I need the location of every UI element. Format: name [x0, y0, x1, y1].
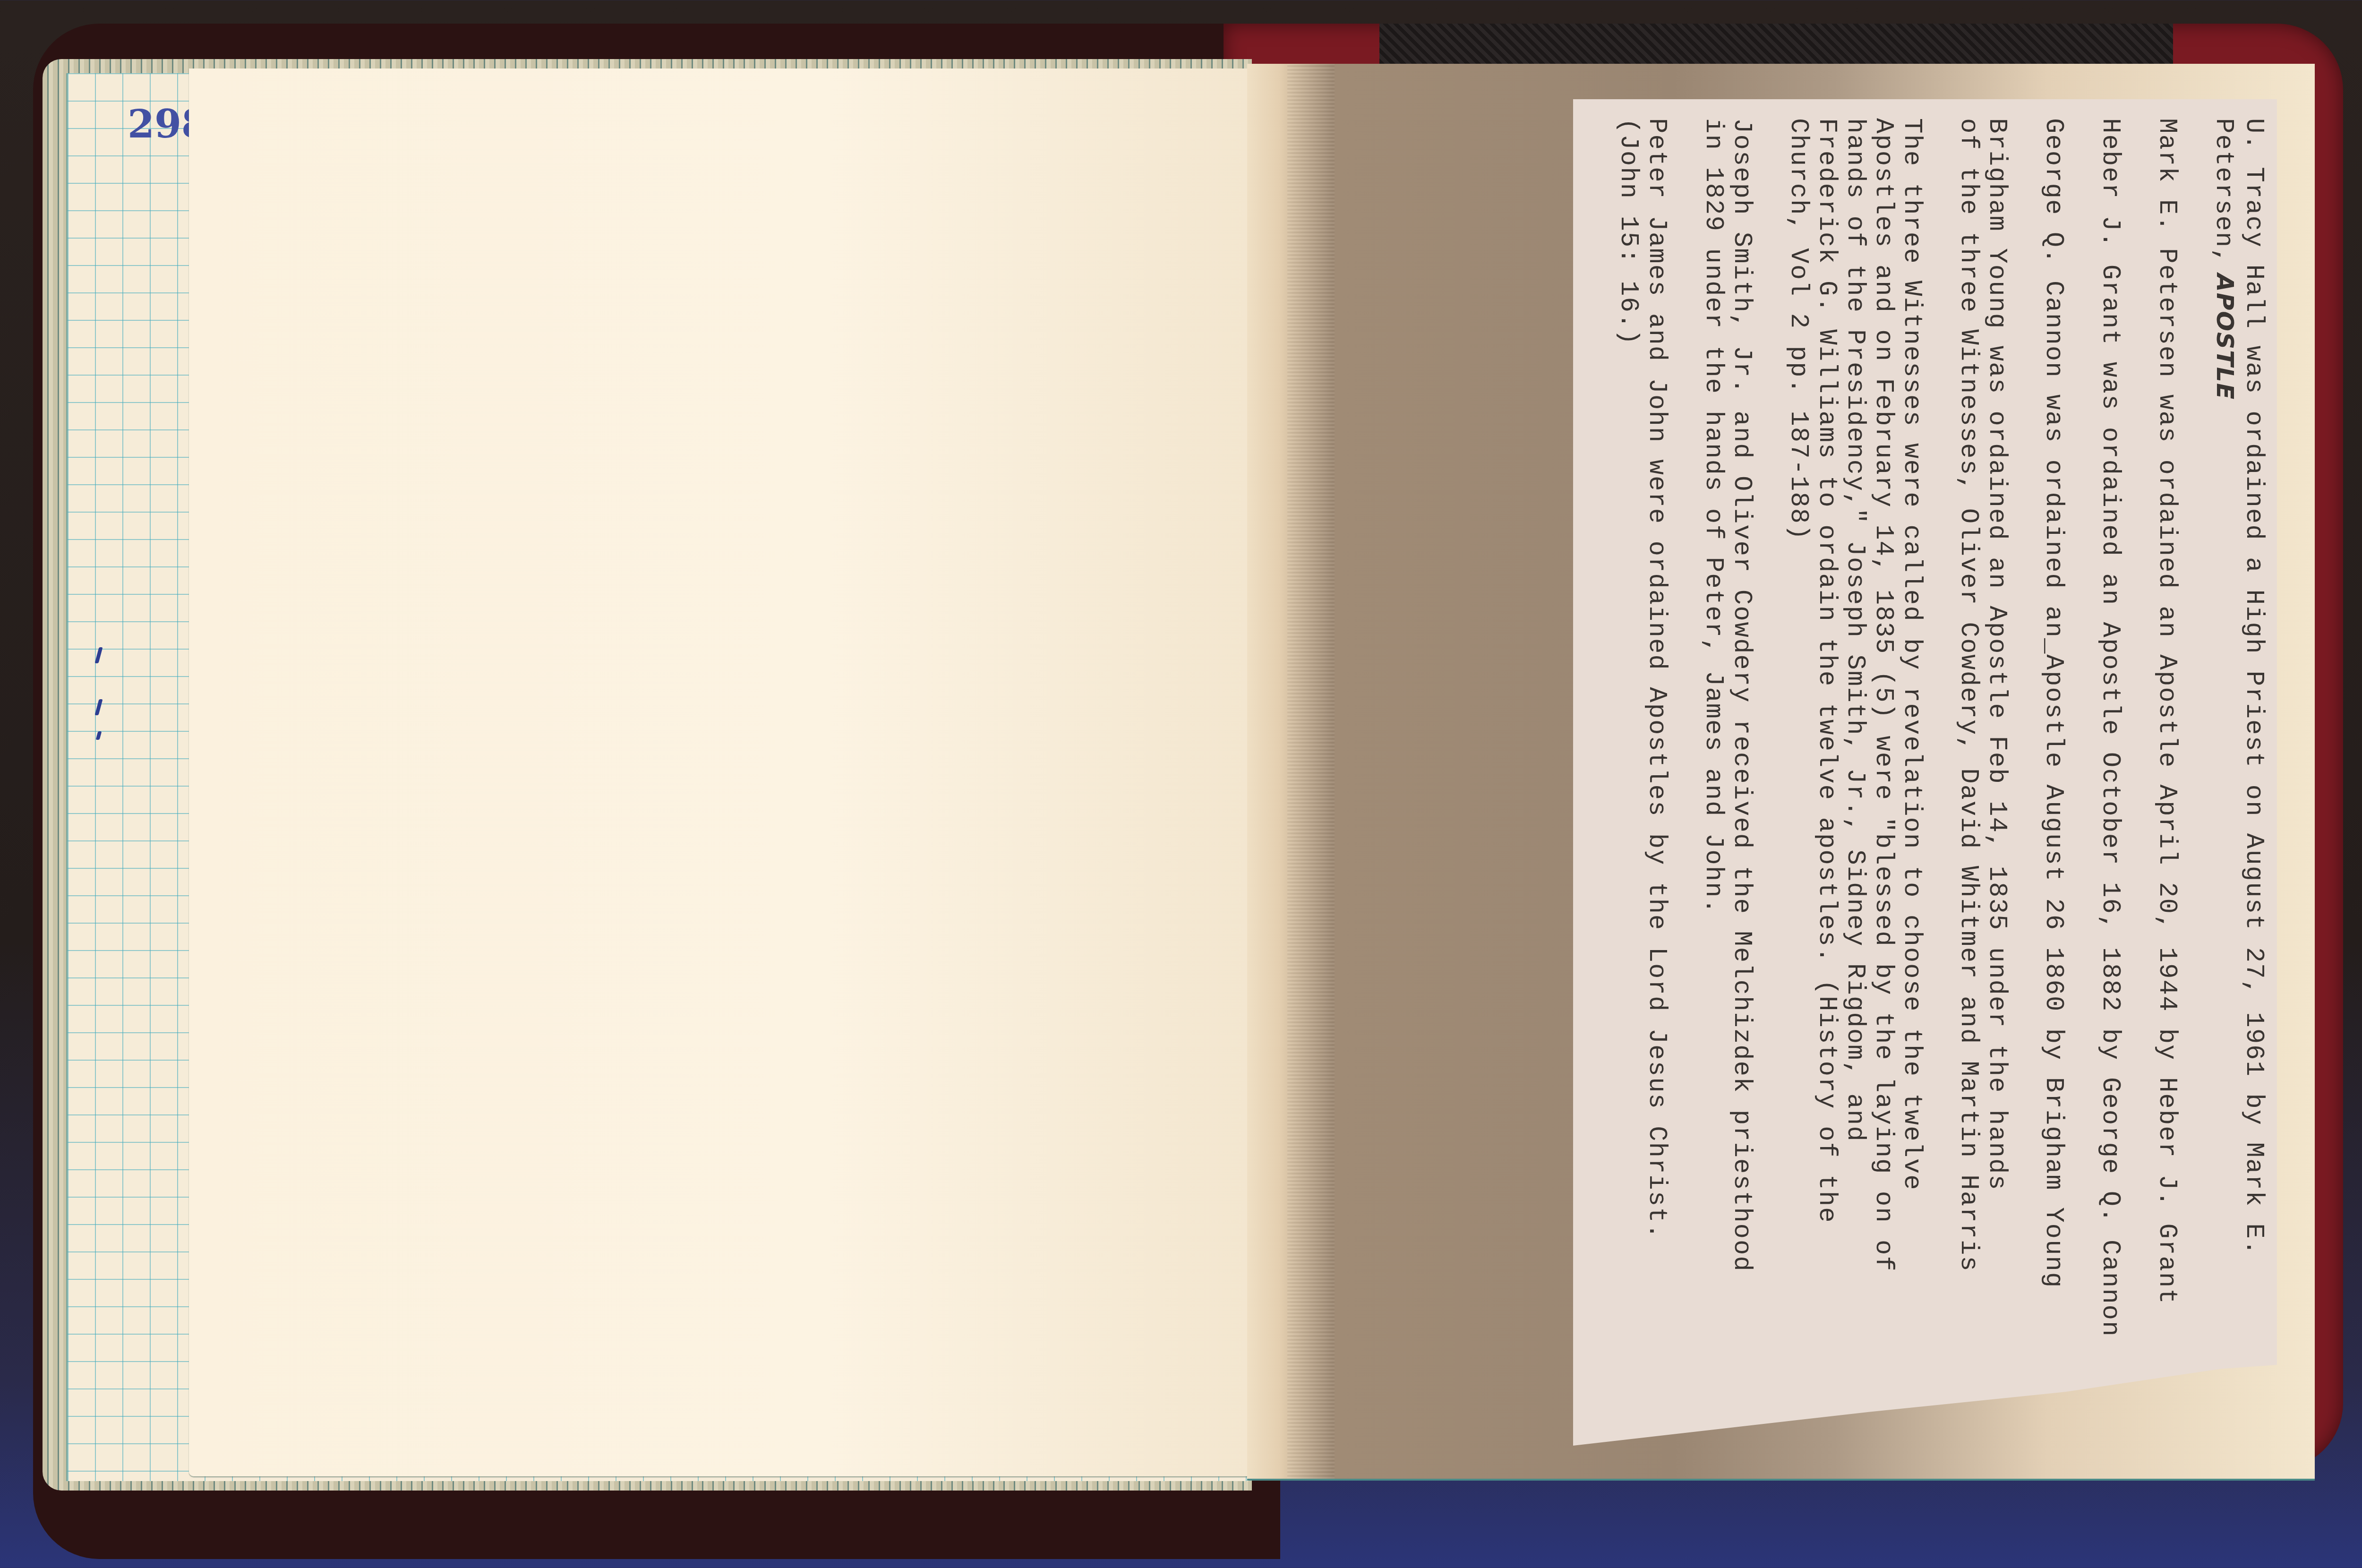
slip-paragraph: Peter James and John were ordained Apost…	[1614, 118, 1670, 1441]
slip-paragraph: Brigham Young was ordained an Apostle Fe…	[1954, 118, 2011, 1441]
gutter-binding-tape	[1287, 64, 1335, 1479]
slip-line: U. Tracy Hall was ordained a High Priest…	[2239, 118, 2268, 1441]
slip-paragraph: Mark E. Petersen was ordained an Apostle…	[2152, 118, 2181, 1441]
slip-line: Frederick G. Williams to ordain the twel…	[1812, 118, 1840, 1441]
blank-insert-sheet	[189, 69, 1249, 1476]
slip-line: Apostles and on February 14, 1835 (5) we…	[1869, 118, 1897, 1441]
slip-paragraph: Joseph Smith, Jr. and Oliver Cowdery rec…	[1699, 118, 1755, 1441]
slip-line: in 1829 under the hands of Peter, James …	[1699, 118, 1727, 1441]
slip-line: (John 15: 16.)	[1614, 118, 1642, 1441]
slip-paragraph: The three Witnesses were called by revel…	[1784, 118, 1926, 1441]
slip-line: Brigham Young was ordained an Apostle Fe…	[1982, 118, 2011, 1441]
slip-line: The three Witnesses were called by revel…	[1897, 118, 1926, 1441]
typed-slip-text: U. Tracy Hall was ordained a High Priest…	[1587, 118, 2268, 1441]
slip-line: of the three Witnesses, Oliver Cowdery, …	[1954, 118, 1982, 1441]
slip-paragraph: Heber J. Grant was ordained an Apostle O…	[2096, 118, 2124, 1441]
slip-paragraph: U. Tracy Hall was ordained a High Priest…	[2209, 118, 2268, 1441]
slip-line: Mark E. Petersen was ordained an Apostle…	[2152, 118, 2181, 1441]
slip-line: George Q. Cannon was ordained an_Apostle…	[2039, 118, 2067, 1441]
slip-line: Joseph Smith, Jr. and Oliver Cowdery rec…	[1727, 118, 1755, 1441]
slip-line: Petersen, APOSTLE	[2209, 118, 2239, 1441]
slip-line: Heber J. Grant was ordained an Apostle O…	[2096, 118, 2124, 1441]
slip-line: Peter James and John were ordained Apost…	[1642, 118, 1670, 1441]
handwritten-annotation: APOSTLE	[2211, 265, 2239, 400]
slip-line: Church, Vol 2 pp. 187-188)	[1784, 118, 1812, 1441]
slip-line: hands of the Presidency," Joseph Smith, …	[1840, 118, 1869, 1441]
slip-paragraph: George Q. Cannon was ordained an_Apostle…	[2039, 118, 2067, 1441]
